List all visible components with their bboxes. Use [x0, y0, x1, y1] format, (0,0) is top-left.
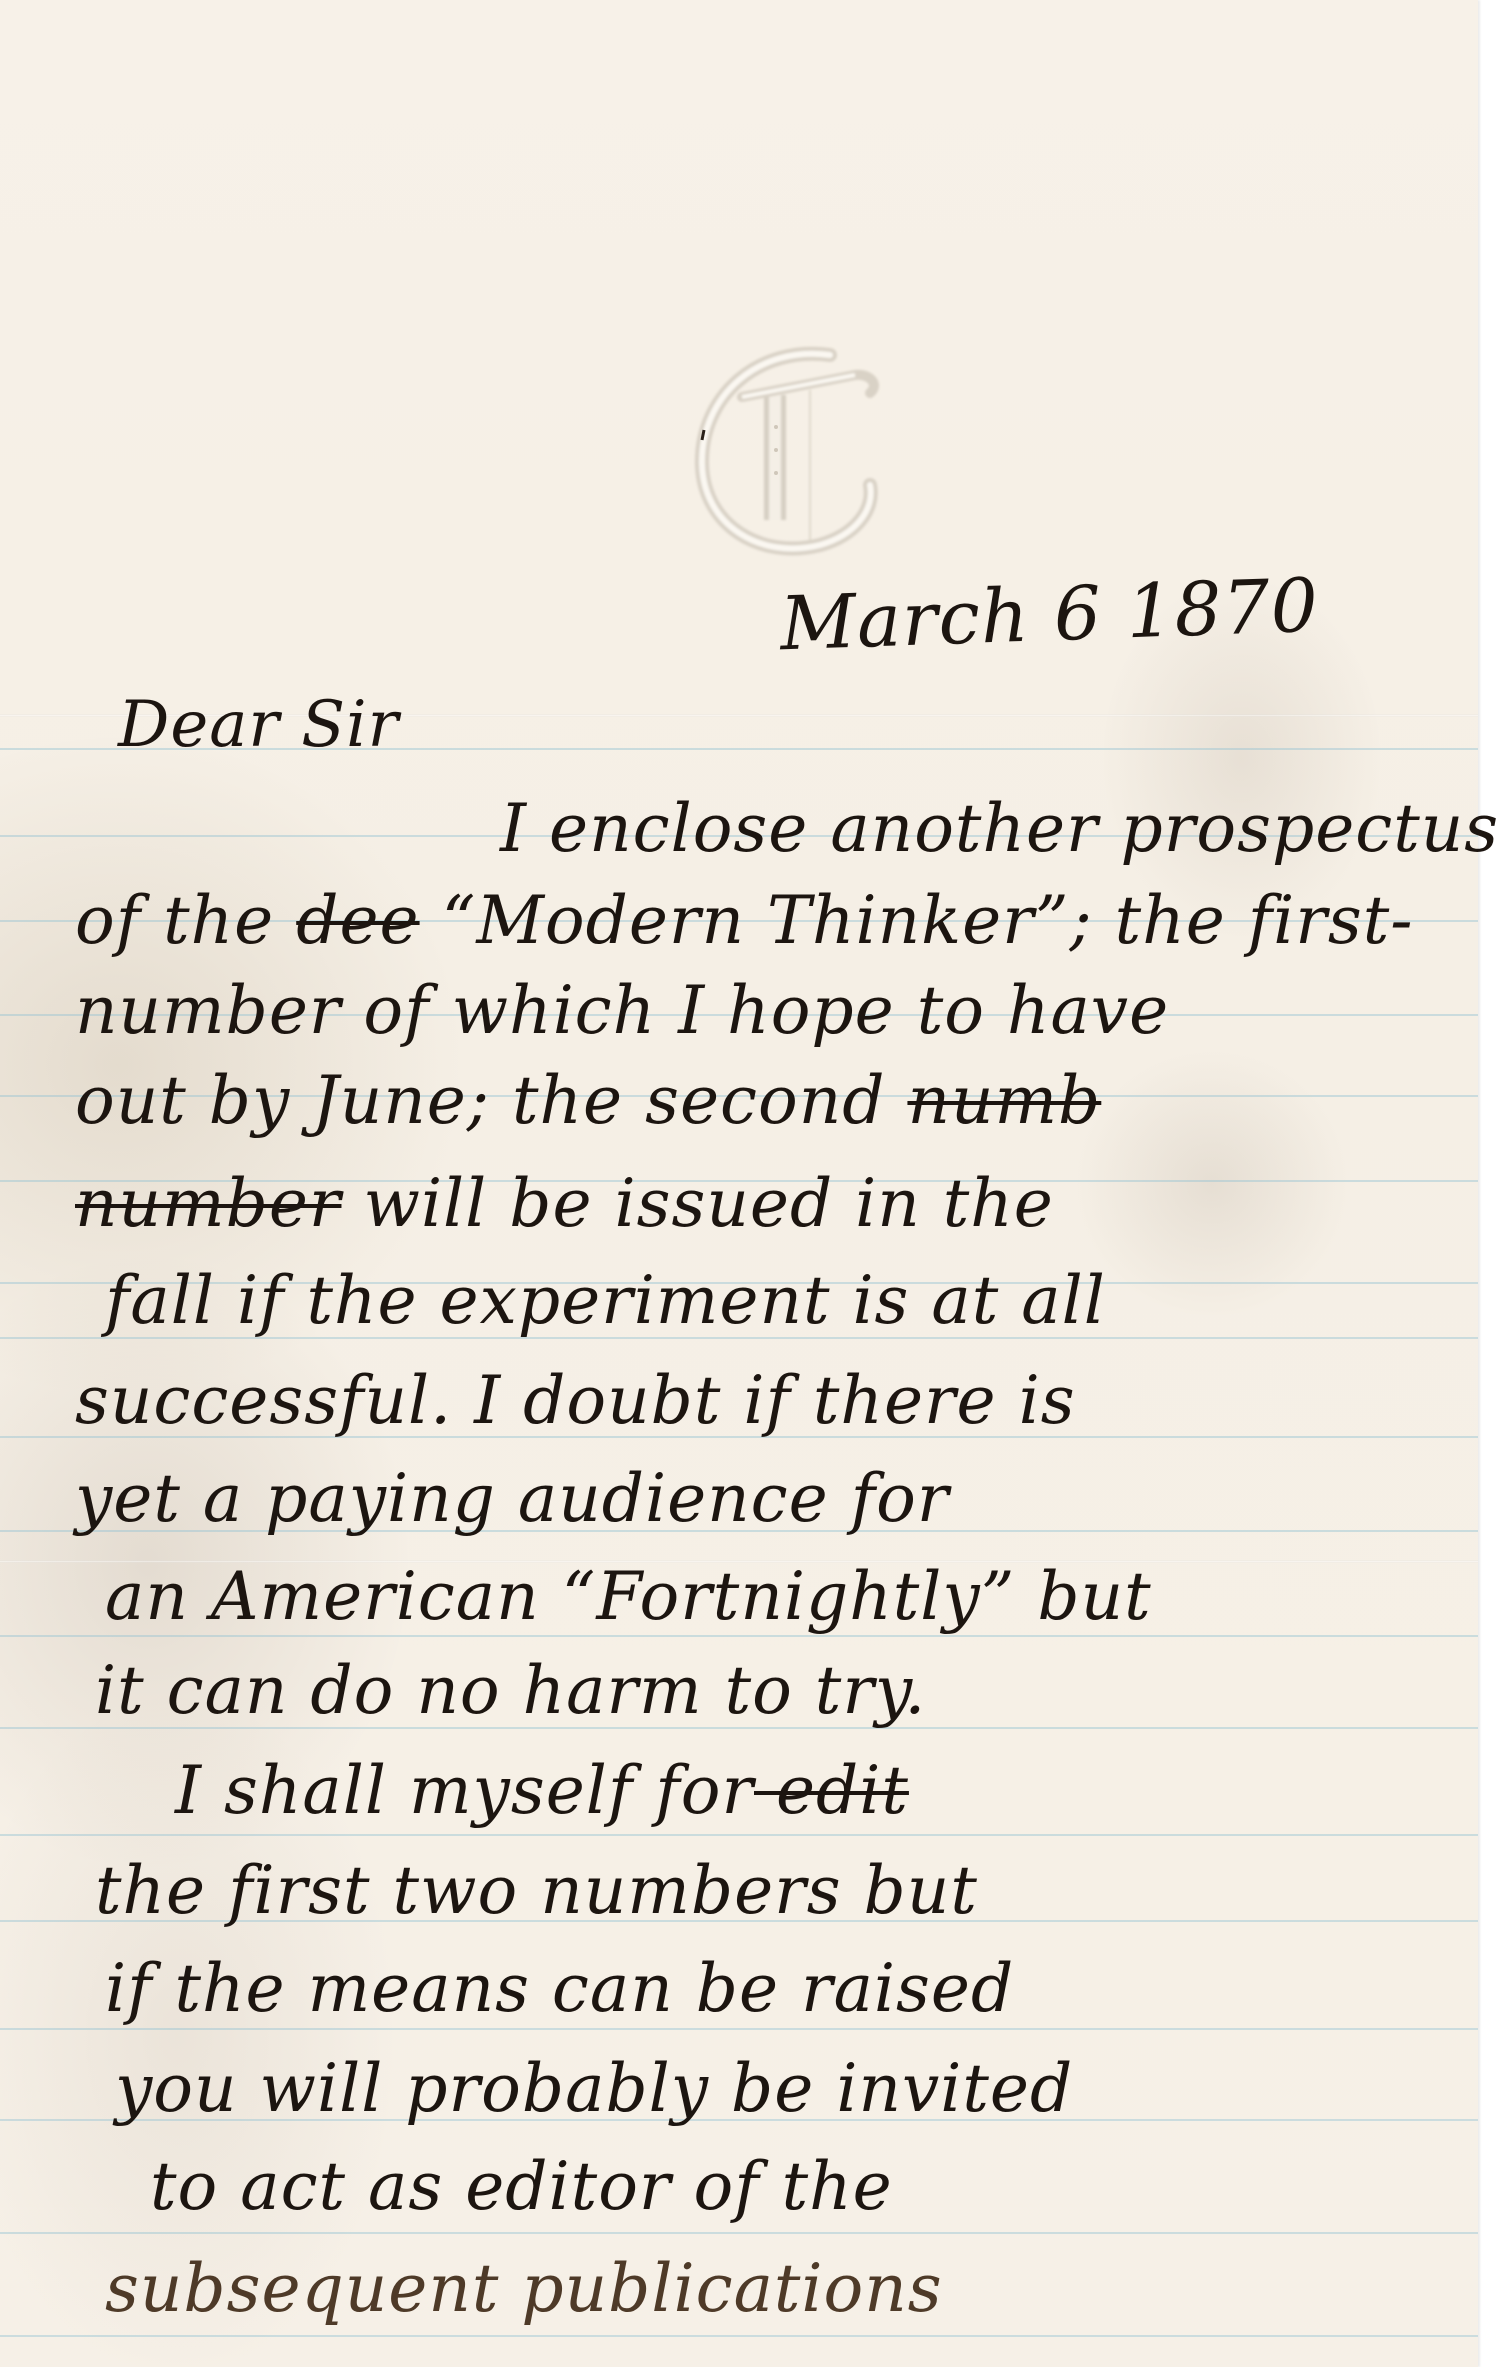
letter-line: subsequent publications — [105, 2250, 943, 2327]
line-text: an American “Fortnightly” but — [105, 1558, 1152, 1635]
struck-text: numb — [907, 1062, 1101, 1139]
letter-line: number of which I hope to have — [75, 972, 1169, 1049]
line-text: the first two numbers but — [95, 1852, 978, 1929]
letter-line: you will probably be invited — [115, 2050, 1073, 2127]
letter-salutation: Dear Sir — [118, 688, 399, 762]
struck-text: number — [75, 1165, 341, 1242]
line-text: number of which I hope to have — [75, 972, 1169, 1049]
struck-text: dee — [296, 882, 419, 959]
letter-line: if the means can be raised — [105, 1950, 1014, 2027]
letter-line: an American “Fortnightly” but — [105, 1558, 1152, 1635]
line-text: out by June; the second — [75, 1062, 907, 1139]
line-text: fall if the experiment is at all — [105, 1262, 1106, 1339]
ruled-line — [0, 2335, 1478, 2337]
line-text: subsequent publications — [105, 2250, 943, 2327]
line-text: I enclose another prospectus — [500, 790, 1499, 867]
line-text: successful. I doubt if there is — [75, 1362, 1076, 1439]
line-text: if the means can be raised — [105, 1950, 1014, 2027]
line-text: I shall myself for — [175, 1752, 754, 1829]
struck-text: edit — [754, 1752, 909, 1829]
letter-line: the first two numbers but — [95, 1852, 978, 1929]
letter-line: to act as editor of the — [150, 2148, 893, 2225]
line-text: you will probably be invited — [115, 2050, 1073, 2127]
letter-line: of the dee “Modern Thinker”; the first- — [75, 882, 1414, 959]
letter-line: successful. I doubt if there is — [75, 1362, 1076, 1439]
letter-line: out by June; the second numb — [75, 1062, 1101, 1139]
ruled-line — [0, 2232, 1478, 2234]
ruled-line — [0, 2028, 1478, 2030]
embossed-monogram-icon — [680, 335, 890, 575]
letter-line: it can do no harm to try. — [95, 1652, 926, 1729]
line-text: of the — [75, 882, 296, 959]
ruled-line — [0, 1635, 1478, 1637]
line-text: yet a paying audience for — [75, 1460, 949, 1537]
line-text: to act as editor of the — [150, 2148, 893, 2225]
line-text: will be issued in the — [341, 1165, 1053, 1242]
letter-line: I enclose another prospectus — [500, 790, 1499, 867]
ruled-line — [0, 1834, 1478, 1836]
letter-line: number will be issued in the — [75, 1165, 1054, 1242]
letter-line: I shall myself for edit — [175, 1752, 909, 1829]
letter-line: fall if the experiment is at all — [105, 1262, 1106, 1339]
line-text: “Modern Thinker”; the first- — [420, 882, 1414, 959]
letter-line: yet a paying audience for — [75, 1460, 949, 1537]
line-text: it can do no harm to try. — [95, 1652, 926, 1729]
